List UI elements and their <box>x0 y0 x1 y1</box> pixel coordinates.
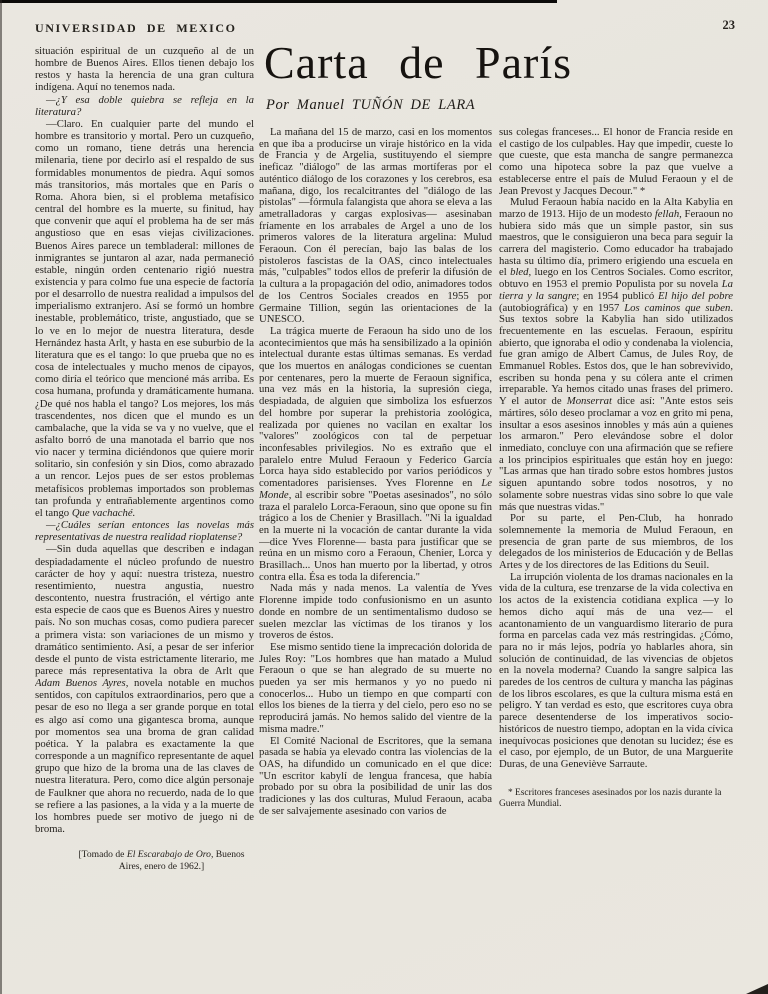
paragraph: Mulud Feraoun había nacido en la Alta Ka… <box>499 197 733 513</box>
italic-text-run: El Escarabajo de Oro, <box>127 849 214 860</box>
paragraph: Ese mismo sentido tiene la imprecación d… <box>259 642 492 736</box>
text-run: * Escritores franceses asesinados por lo… <box>499 788 721 810</box>
text-run: , al escribir sobre "Poetas asesinados",… <box>259 489 492 583</box>
italic-text-run: fellah, <box>655 208 682 220</box>
paragraph: —Claro. En cualquier parte del mundo el … <box>35 118 254 519</box>
paragraph: El Comité Nacional de Escritores, que la… <box>259 736 492 818</box>
column-middle: La mañana del 15 de marzo, casi en los m… <box>259 127 492 989</box>
text-run: La mañana del 15 de marzo, casi en los m… <box>259 127 492 325</box>
text-run: —¿Cuáles serían entonces las novelas más… <box>35 519 254 543</box>
paragraph: La mañana del 15 de marzo, casi en los m… <box>259 127 492 326</box>
column-left: situación espiritual de un cuzqueño al d… <box>35 45 254 985</box>
text-run: [Tomado de <box>78 849 126 860</box>
scan-corner-artifact <box>746 984 768 994</box>
text-run: Por su parte, el Pen-Club, ha honrado so… <box>499 512 733 571</box>
text-run: —Sin duda aquellas que describen e indag… <box>35 543 254 677</box>
paragraph: situación espiritual de un cuzqueño al d… <box>35 45 254 94</box>
article-byline: Por Manuel TUÑÓN DE LARA <box>266 97 475 114</box>
italic-text-run: Adam Buenos Ayres, <box>35 677 128 689</box>
text-run: La trágica muerte de Feraoun ha sido uno… <box>259 325 492 489</box>
article-title: Carta de París <box>264 40 734 86</box>
italic-text-run: Monserrat <box>567 395 612 407</box>
paragraph: sus colegas franceses... El honor de Fra… <box>499 127 733 197</box>
text-run: (autobiográfica) y en 1957 <box>499 302 624 314</box>
paragraph: —Sin duda aquellas que describen e indag… <box>35 543 254 835</box>
text-run: . Sus textos sobre la Kabylia han sido u… <box>499 302 733 408</box>
scan-edge-top <box>0 0 557 3</box>
text-run: —¿Y esa doble quiebra se refleja en la l… <box>35 94 254 118</box>
page-number: 23 <box>723 18 736 33</box>
paragraph: Nada más y nada menos. La valentía de Yv… <box>259 583 492 642</box>
text-run: La irrupción violenta de los dramas naci… <box>499 571 733 770</box>
text-run: ; en 1954 publicó <box>576 290 658 302</box>
text-run: situación espiritual de un cuzqueño al d… <box>35 45 254 93</box>
journal-name: UNIVERSIDAD DE MEXICO <box>35 21 237 36</box>
italic-text-run: Los caminos que suben <box>624 302 730 314</box>
text-run: Nada más y nada menos. La valentía de Yv… <box>259 582 492 641</box>
paragraph: La irrupción violenta de los dramas naci… <box>499 572 733 771</box>
scan-edge-left <box>0 0 2 994</box>
paragraph: La trágica muerte de Feraoun ha sido uno… <box>259 326 492 583</box>
italic-text-run: bled, <box>510 266 531 278</box>
italic-text-run: El hijo del pobre <box>658 290 733 302</box>
interview-question: —¿Cuáles serían entonces las novelas más… <box>35 519 254 543</box>
text-run: El Comité Nacional de Escritores, que la… <box>259 735 492 817</box>
column-right: sus colegas franceses... El honor de Fra… <box>499 127 733 989</box>
text-run: —Claro. En cualquier parte del mundo el … <box>35 118 254 519</box>
magazine-page: UNIVERSIDAD DE MEXICO 23 Carta de París … <box>0 0 768 994</box>
text-run: novela notable en muchos sentidos, con c… <box>35 677 254 835</box>
text-run: sus colegas franceses... El honor de Fra… <box>499 127 733 197</box>
italic-text-run: Que vachaché. <box>72 507 136 519</box>
source-credit: [Tomado de El Escarabajo de Oro, Buenos … <box>35 849 254 873</box>
footnote: * Escritores franceses asesinados por lo… <box>499 788 733 811</box>
interview-question: —¿Y esa doble quiebra se refleja en la l… <box>35 94 254 118</box>
text-run: Ese mismo sentido tiene la imprecación d… <box>259 641 492 735</box>
text-run: dice así: "Ante estos seis mártires, sól… <box>499 395 733 512</box>
text-run: luego en los Centros Sociales. Como escr… <box>499 266 733 290</box>
paragraph: Por su parte, el Pen-Club, ha honrado so… <box>499 513 733 572</box>
